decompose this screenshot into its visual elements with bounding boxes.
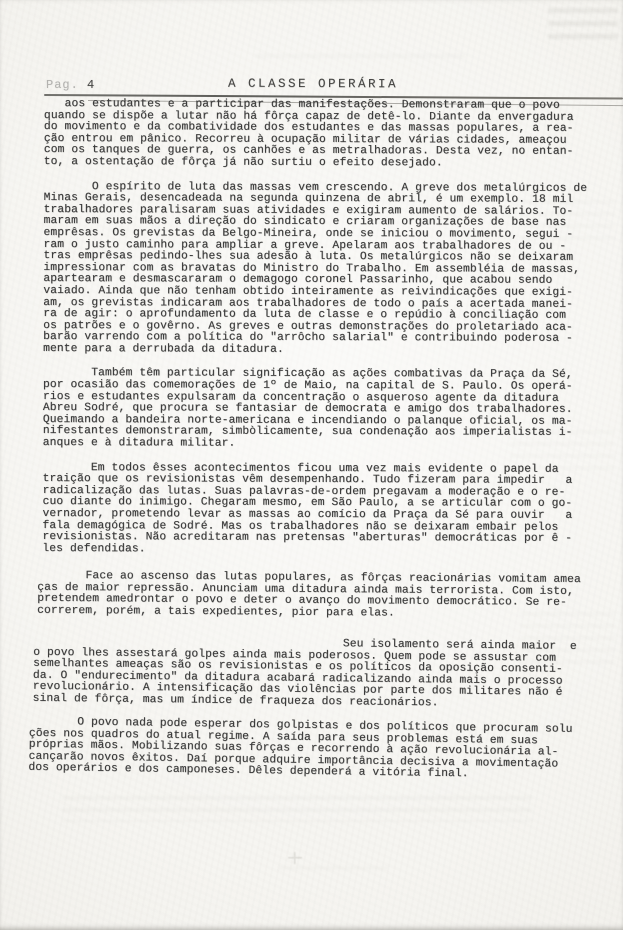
text-line: to, a ostentação de fôrça já não surtiu … <box>44 157 610 171</box>
text-line: mente para a derrubada da ditadura. <box>43 344 609 358</box>
text-line: anques e à ditadura militar. <box>43 438 609 452</box>
stray-mark-artifact <box>288 852 302 864</box>
page-number-label: Pag. <box>46 78 79 92</box>
paragraph: Em todos êsses acontecimentos ficou uma … <box>42 463 608 558</box>
document-body: aos estudantes e a participar das manife… <box>42 99 610 793</box>
bleed-through-artifact <box>278 866 388 874</box>
paragraph: aos estudantes e a participar das manife… <box>44 99 610 171</box>
scanned-newspaper-page: Pag. 4 A CLASSE OPERÁRIA aos estudantes … <box>0 0 623 930</box>
paragraph: Também têm particular significação as aç… <box>43 368 609 451</box>
paragraph: O povo nada pode esperar dos golpistas e… <box>28 717 595 783</box>
paragraph: Face ao ascenso das lutas populares, as … <box>37 571 603 622</box>
bleed-through-artifact <box>255 54 465 64</box>
bleed-through-artifact <box>548 8 618 46</box>
bleed-through-artifact <box>62 796 532 822</box>
text-line: les defendidas. <box>42 544 608 558</box>
paragraph: O espírito de luta das massas vem cresce… <box>43 182 610 358</box>
page-number: Pag. 4 <box>46 78 95 92</box>
paragraph: Seu isolamento será ainda maior eo povo … <box>33 635 600 711</box>
page-number-value: 4 <box>87 78 95 92</box>
newspaper-title: A CLASSE OPERÁRIA <box>228 77 398 92</box>
